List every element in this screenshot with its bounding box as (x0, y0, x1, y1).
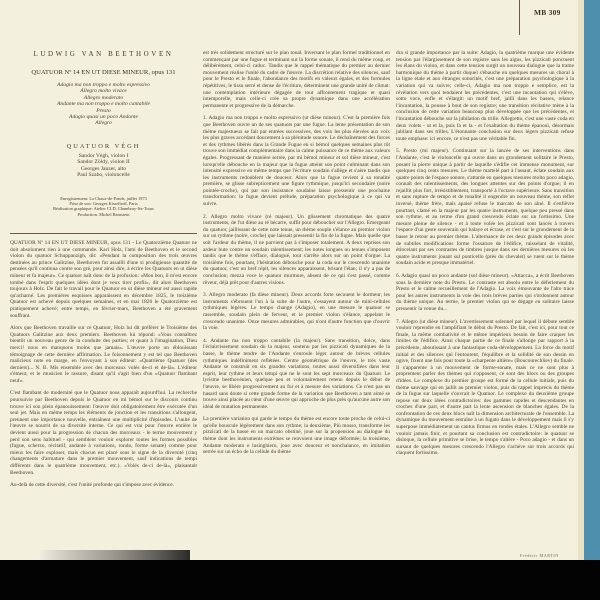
movement-list: Adagio ma non troppo e molto espressivo … (10, 82, 197, 127)
member-item: Paul Szabo, violoncelle (10, 172, 197, 178)
paragraph: Alors que Beethoven travaille sur ce Qua… (10, 325, 197, 384)
paragraph: 7. Allegro (ut dièse mineur). L'avertiss… (396, 319, 574, 457)
recording-credits: Enregistrement: La Chaux-de-Fonds, juill… (10, 196, 197, 217)
paragraph: C'est flambant de modernité que le Quatu… (10, 390, 197, 476)
ensemble-name: QUATUOR VÉGH (10, 143, 197, 150)
sleeve-spine-blue (584, 0, 600, 560)
catalog-number: MB 309 (534, 8, 561, 17)
paragraph: 3. Allegro moderato (fa dièse mineur). D… (203, 292, 390, 332)
section-divider (10, 233, 197, 234)
paragraph: est très solidement structuré sur le pla… (203, 50, 390, 109)
scan-border (0, 560, 600, 600)
movement-item: Allegro (10, 120, 197, 126)
work-title: QUATUOR Nº 14 EN UT DIESE MINEUR, opus 1… (10, 69, 197, 76)
paragraph: Au-delà de cette diversité, c'est l'unit… (10, 482, 197, 489)
paragraph: 4. Andante ma non troppo cantabile (la m… (203, 338, 390, 411)
paragraph: dra si grande importance par la suite: A… (396, 50, 574, 142)
paragraph: La première variation qui garde le tempo… (203, 416, 390, 456)
paragraph: 1. Adagio ma non troppo e molto espressi… (203, 115, 390, 207)
notes-column-3: dra si grande importance par la suite: A… (396, 50, 574, 463)
author-signature: Frédéric MARTIN (520, 553, 559, 558)
liner-notes-page: MB 309 LUDWIG VAN BEETHOVEN QUATUOR Nº 1… (0, 0, 578, 560)
notes-column-2: est très solidement structuré sur le pla… (203, 50, 390, 462)
paragraph: 6. Adagio quasi un poco andante (sol diè… (396, 273, 574, 313)
notes-column-1: QUATUOR Nº 14 EN UT DIESE MINEUR, opus 1… (10, 240, 197, 495)
paragraph: 5. Presto (mi majeur). Continuant sur la… (396, 148, 574, 267)
paragraph: QUATUOR Nº 14 EN UT DIESE MINEUR, opus 1… (10, 240, 197, 319)
scan-gray-calibration-strip (40, 550, 190, 560)
paragraph: 2. Allegro molto vivace (ré majeur). Un … (203, 214, 390, 287)
credit-line: Production: Michel Bernstein (10, 212, 197, 217)
composer-name: LUDWIG VAN BEETHOVEN (10, 50, 197, 58)
catalog-divider (519, 0, 520, 35)
ensemble-members: Sandor Végh, violon I Sandor Zöldy, viol… (10, 153, 197, 179)
